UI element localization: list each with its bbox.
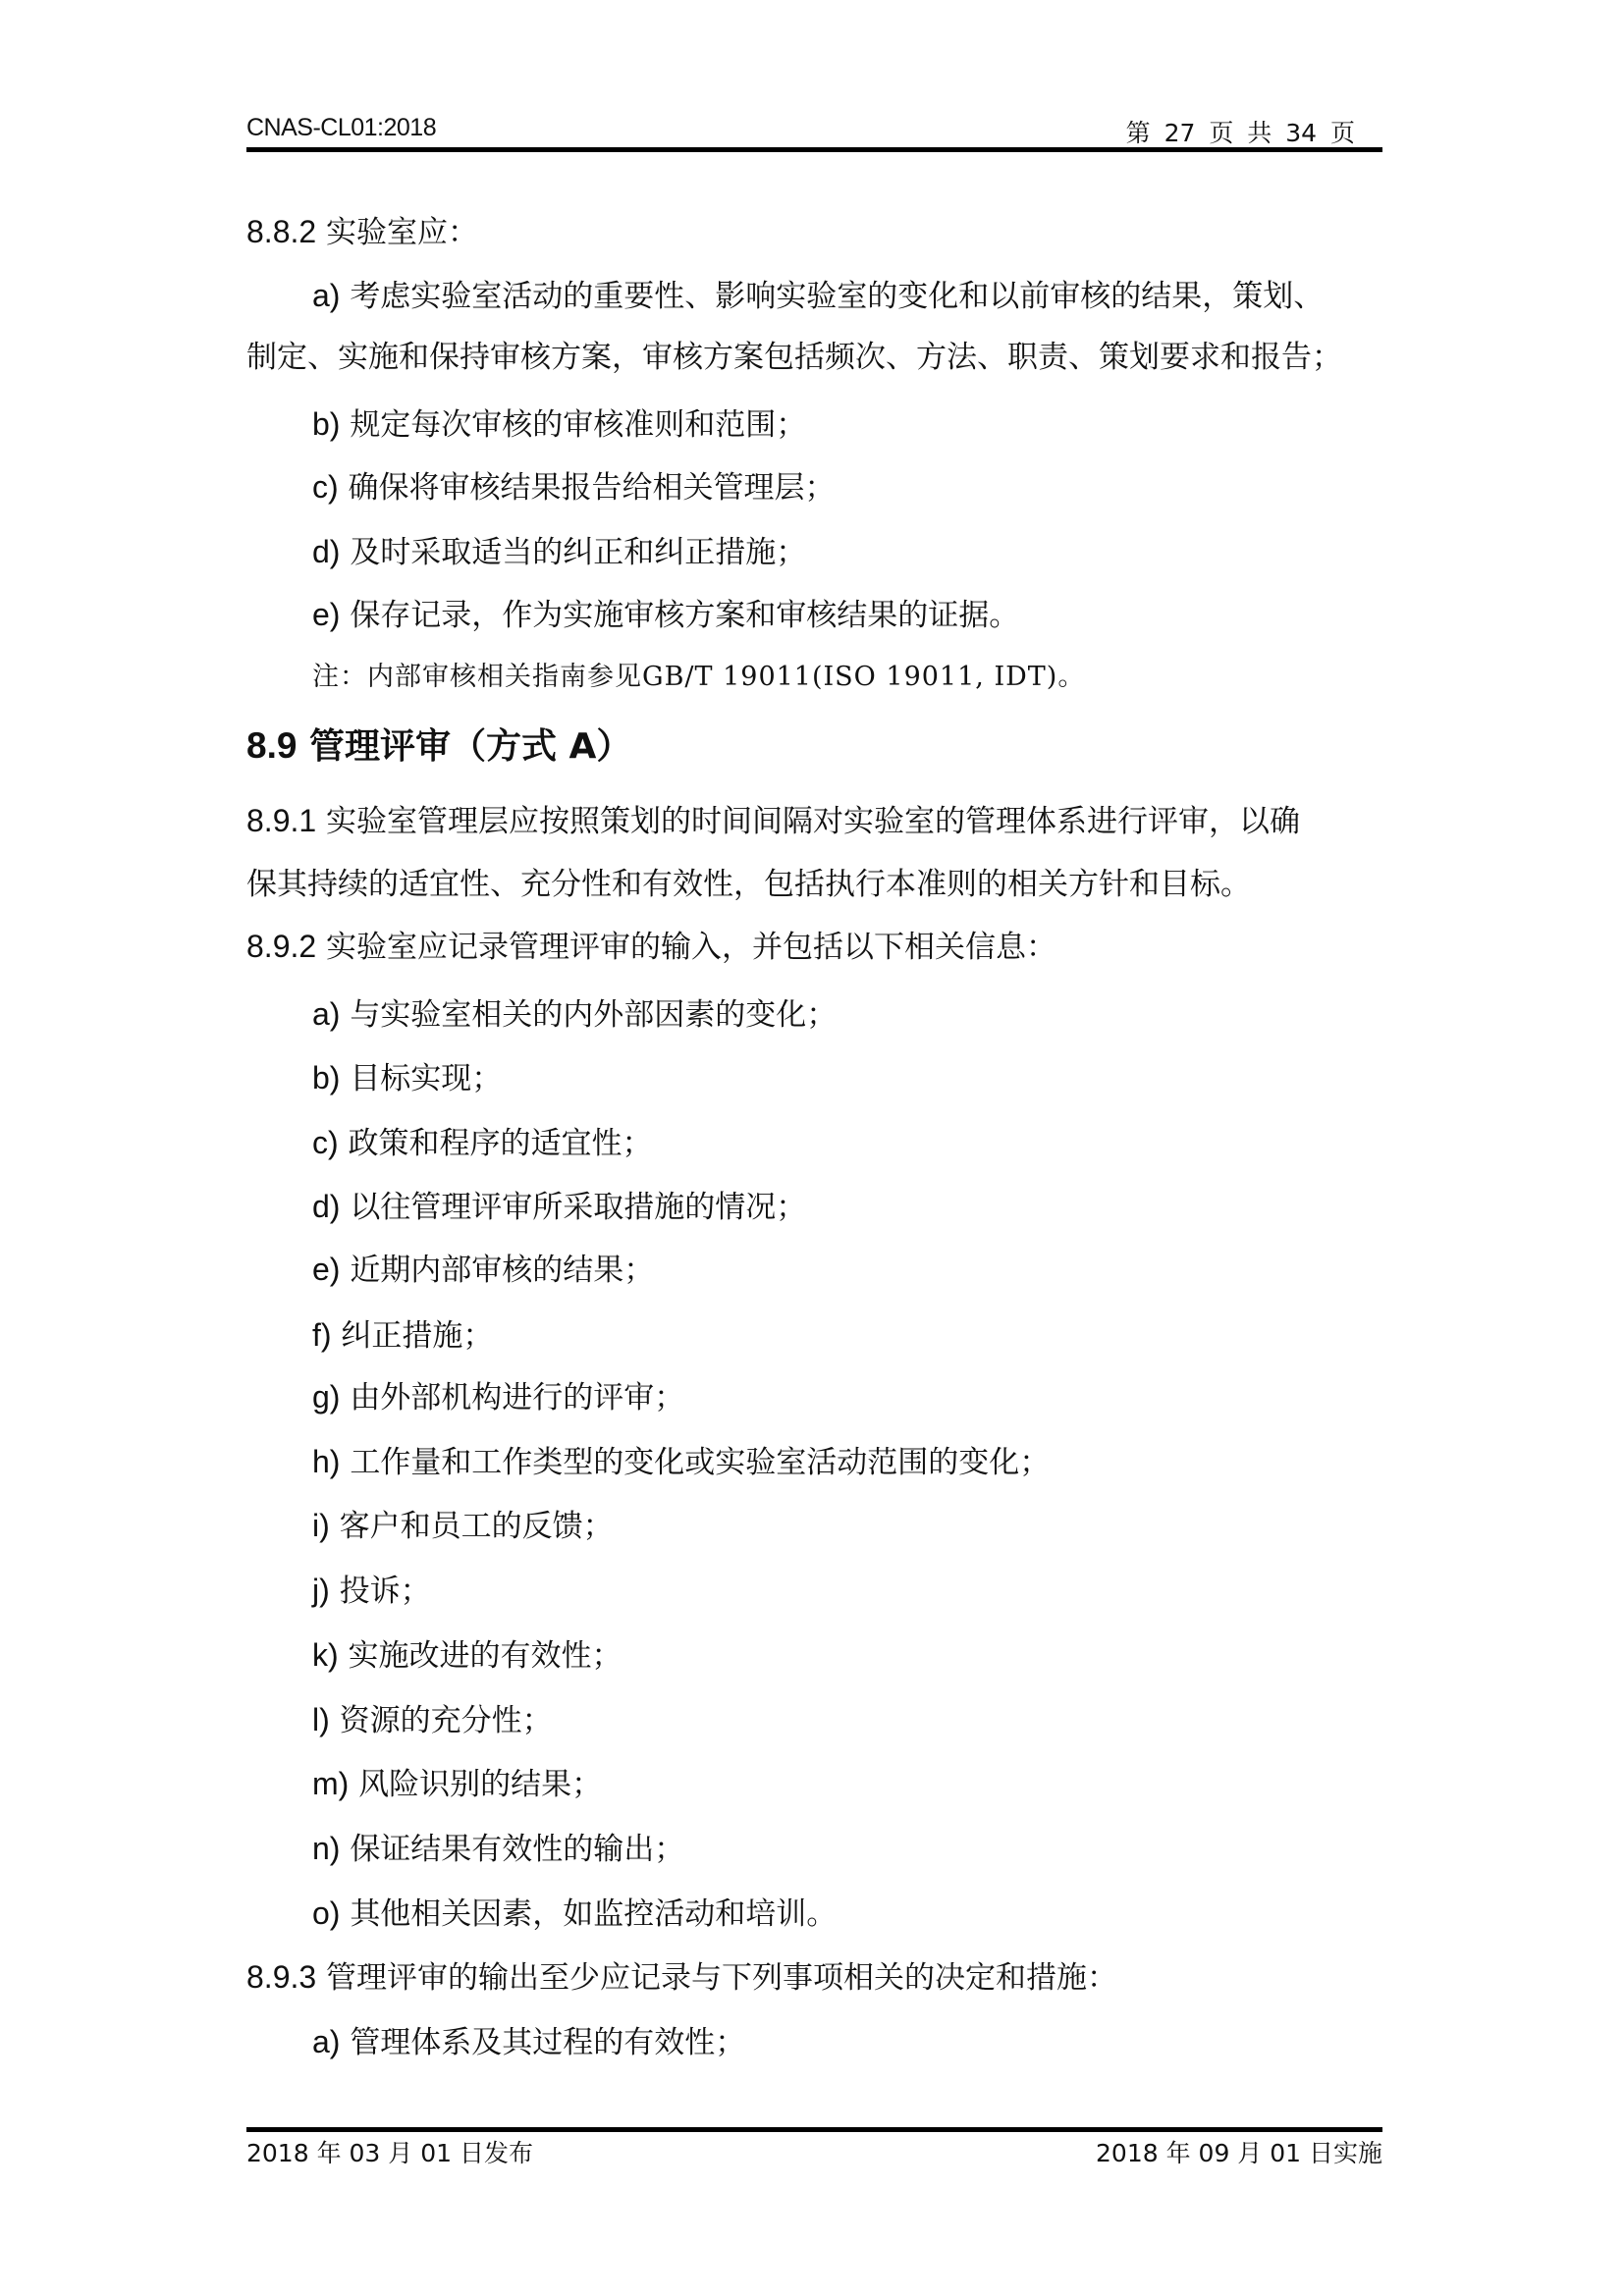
item-label: o) (312, 1896, 340, 1931)
item-text: 确保将审核结果报告给相关管理层； (349, 470, 836, 506)
header-divider (246, 147, 1382, 152)
list-item: d) 以往管理评审所采取措施的情况； (312, 1187, 806, 1226)
item-label: e) (312, 597, 340, 632)
effective-date: 2018 年 09 月 01 日实施 (1096, 2134, 1382, 2169)
section-title: 管理评审（方式 A） (309, 726, 631, 767)
page-number: 第 27 页 共 34 页 (1126, 114, 1355, 149)
list-item: i) 客户和员工的反馈； (312, 1506, 614, 1545)
clause-number: 8.9.2 (246, 929, 316, 964)
publish-date: 2018 年 03 月 01 日发布 (246, 2134, 533, 2169)
item-text: 保证结果有效性的输出； (350, 1832, 684, 1867)
item-text: 客户和员工的反馈； (340, 1509, 614, 1544)
item-text: 与实验室相关的内外部因素的变化； (350, 997, 837, 1033)
clause-text: 管理评审的输出至少应记录与下列事项相关的决定和措施： (326, 1960, 1117, 1996)
list-item: a) 与实验室相关的内外部因素的变化； (312, 994, 837, 1034)
item-text: 政策和程序的适宜性； (349, 1126, 653, 1161)
clause-number: 8.9.3 (246, 1959, 316, 1995)
item-label: b) (312, 406, 340, 442)
item-text: 纠正措施； (341, 1318, 493, 1354)
item-text: 投诉； (340, 1574, 431, 1609)
page-header: CNAS-CL01:2018 第 27 页 共 34 页 (246, 110, 1382, 149)
item-label: e) (312, 1252, 340, 1287)
clause-number: 8.9.1 (246, 803, 316, 838)
item-label: c) (312, 1125, 339, 1160)
item-label: k) (312, 1637, 339, 1673)
item-text: 管理体系及其过程的有效性； (350, 2025, 745, 2060)
list-item: j) 投诉； (312, 1571, 431, 1610)
clause-text: 实验室管理层应按照策划的时间间隔对实验室的管理体系进行评审，以确 (326, 804, 1300, 839)
item-label: j) (312, 1573, 330, 1608)
item-label: g) (312, 1379, 340, 1415)
clause-text: 保其持续的适宜性、充分性和有效性，包括执行本准则的相关方针和目标。 (246, 867, 1251, 902)
list-item: n) 保证结果有效性的输出； (312, 1829, 684, 1868)
item-label: a) (312, 278, 340, 313)
list-item: e) 保存记录，作为实施审核方案和审核结果的证据。 (312, 595, 1019, 634)
section-number: 8.9 (246, 725, 297, 766)
item-text: 工作量和工作类型的变化或实验室活动范围的变化； (350, 1445, 1050, 1480)
list-item: c) 政策和程序的适宜性； (312, 1123, 653, 1162)
item-text: 以往管理评审所采取措施的情况； (350, 1190, 806, 1225)
clause-text: 实验室应： (326, 215, 478, 250)
item-label: a) (312, 2024, 340, 2059)
list-item: f) 纠正措施； (312, 1315, 493, 1355)
clause-text: 实验室应记录管理评审的输入，并包括以下相关信息： (326, 930, 1056, 965)
item-text: 保存记录，作为实施审核方案和审核结果的证据。 (350, 598, 1019, 633)
item-text: 近期内部审核的结果； (350, 1253, 654, 1288)
item-label: a) (312, 996, 340, 1032)
item-text: 规定每次审核的审核准则和范围； (350, 407, 806, 443)
item-label: m) (312, 1766, 349, 1801)
section-heading-8-9: 8.9 管理评审（方式 A） (246, 723, 631, 770)
list-item: b) 目标实现； (312, 1058, 502, 1097)
clause-continuation: 保其持续的适宜性、充分性和有效性，包括执行本准则的相关方针和目标。 (246, 865, 1251, 904)
list-item: b) 规定每次审核的审核准则和范围； (312, 404, 806, 444)
item-label: d) (312, 1189, 340, 1224)
clause-8-9-3: 8.9.3 管理评审的输出至少应记录与下列事项相关的决定和措施： (246, 1957, 1117, 1997)
list-item: h) 工作量和工作类型的变化或实验室活动范围的变化； (312, 1442, 1050, 1481)
item-label: f) (312, 1317, 332, 1353)
item-label: l) (312, 1702, 330, 1737)
item-text: 及时采取适当的纠正和纠正措施； (350, 535, 806, 570)
list-item: a) 管理体系及其过程的有效性； (312, 2022, 745, 2061)
list-item: l) 资源的充分性； (312, 1700, 553, 1739)
item-text: 风险识别的结果； (358, 1767, 602, 1802)
clause-number: 8.8.2 (246, 214, 316, 249)
list-item: a) 考虑实验室活动的重要性、影响实验室的变化和以前审核的结果，策划、 (312, 276, 1324, 315)
item-text: 考虑实验室活动的重要性、影响实验室的变化和以前审核的结果，策划、 (350, 279, 1324, 314)
list-item: g) 由外部机构进行的评审； (312, 1377, 684, 1416)
document-id: CNAS-CL01:2018 (246, 114, 436, 142)
item-label: n) (312, 1831, 340, 1866)
item-label: h) (312, 1444, 340, 1479)
list-item: e) 近期内部审核的结果； (312, 1250, 654, 1289)
clause-8-8-2: 8.8.2 实验室应： (246, 212, 478, 251)
footer-divider (246, 2127, 1382, 2132)
item-label: d) (312, 534, 340, 569)
item-text: 由外部机构进行的评审； (350, 1380, 684, 1415)
list-item: o) 其他相关因素，如监控活动和培训。 (312, 1894, 837, 1933)
list-item: m) 风险识别的结果； (312, 1764, 602, 1803)
item-text: 其他相关因素，如监控活动和培训。 (350, 1896, 837, 1932)
item-label: b) (312, 1060, 340, 1095)
list-item-continuation: 制定、实施和保持审核方案，审核方案包括频次、方法、职责、策划要求和报告； (246, 338, 1342, 377)
list-item: k) 实施改进的有效性； (312, 1635, 623, 1675)
clause-8-9-2: 8.9.2 实验室应记录管理评审的输入，并包括以下相关信息： (246, 927, 1056, 966)
item-text: 制定、实施和保持审核方案，审核方案包括频次、方法、职责、策划要求和报告； (246, 340, 1342, 375)
clause-8-9-1: 8.9.1 实验室管理层应按照策划的时间间隔对实验室的管理体系进行评审，以确 (246, 801, 1300, 840)
item-label: c) (312, 469, 339, 505)
item-text: 资源的充分性； (340, 1703, 553, 1738)
note: 注：内部审核相关指南参见GB/T 19011(ISO 19011, IDT)。 (312, 658, 1085, 697)
item-text: 实施改进的有效性； (349, 1638, 623, 1674)
list-item: c) 确保将审核结果报告给相关管理层； (312, 467, 836, 507)
item-label: i) (312, 1508, 330, 1543)
item-text: 目标实现； (350, 1061, 502, 1096)
list-item: d) 及时采取适当的纠正和纠正措施； (312, 532, 806, 571)
